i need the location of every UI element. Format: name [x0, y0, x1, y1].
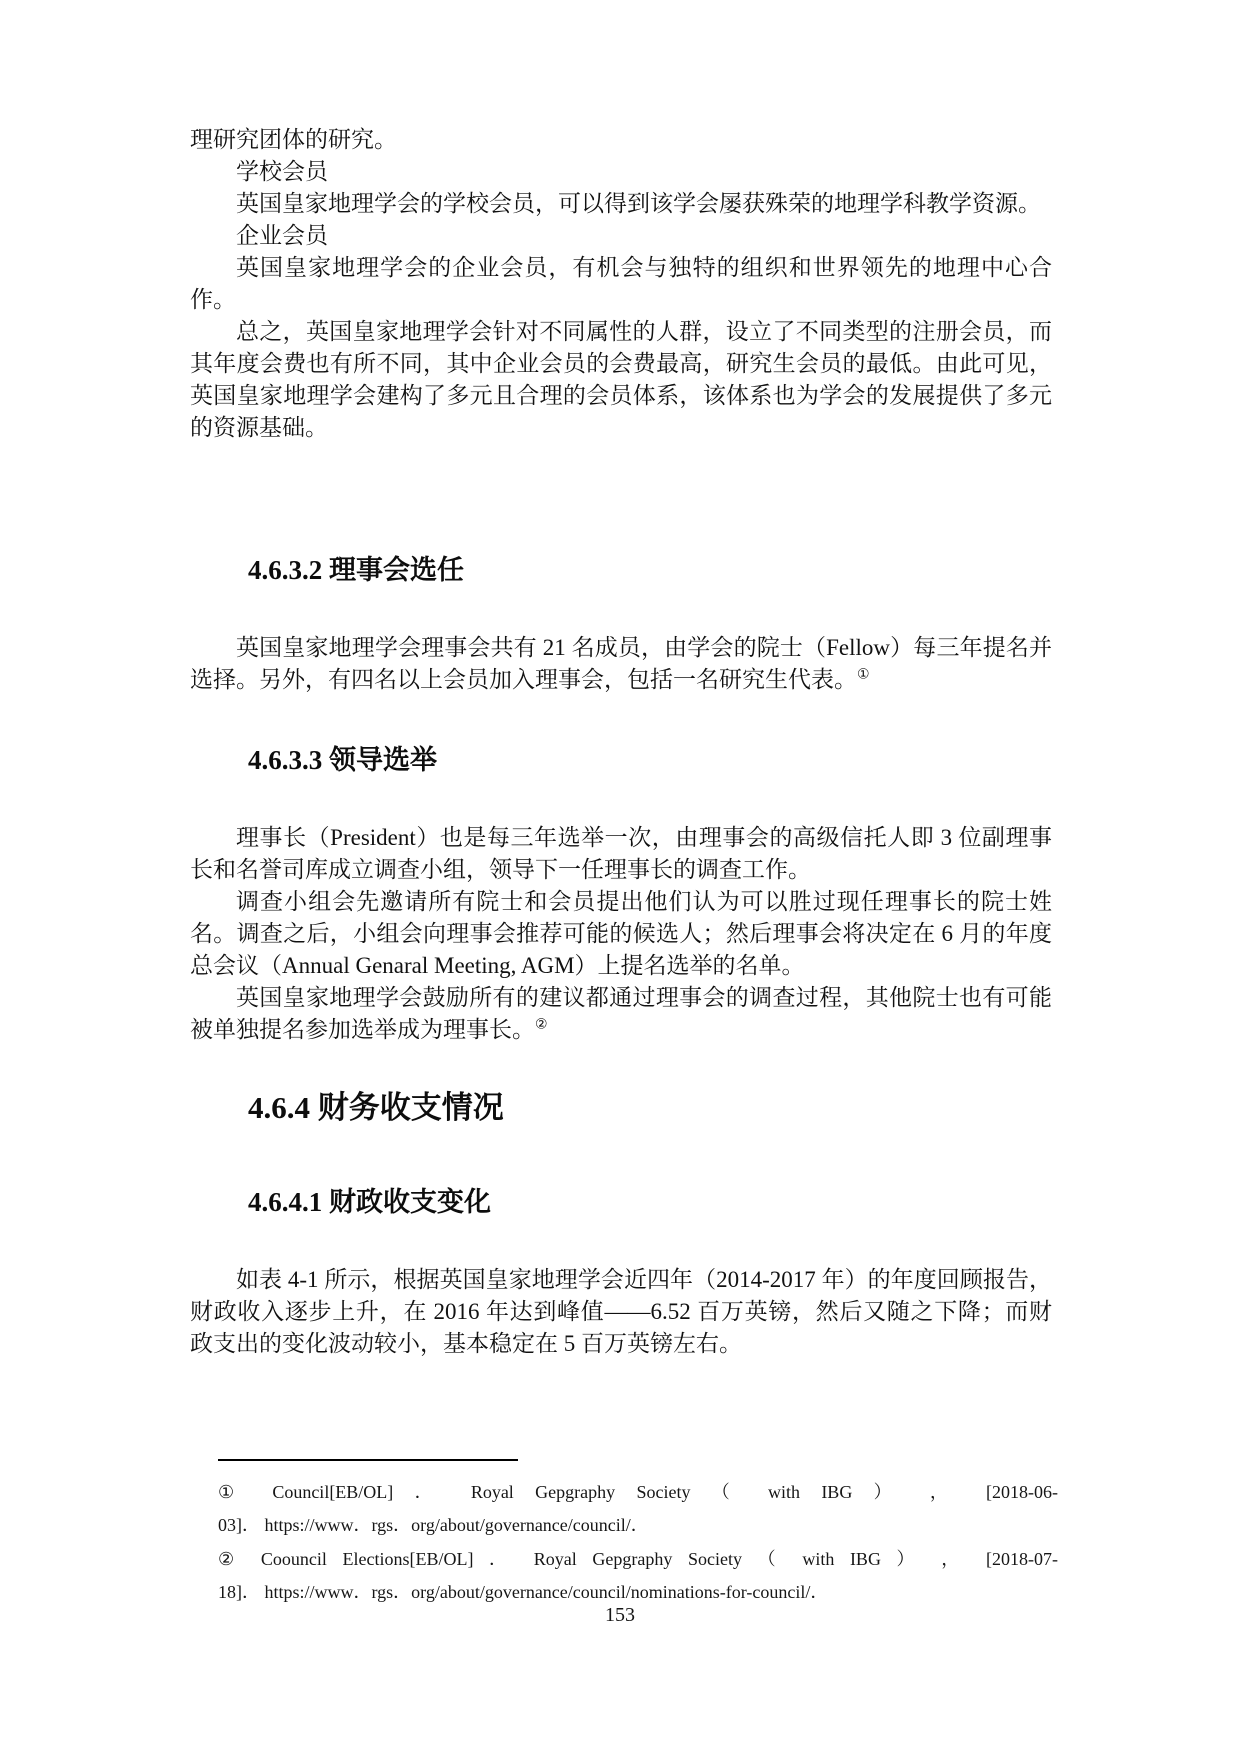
heading-council-selection: 4.6.3.2 理事会选任 — [248, 553, 464, 587]
paragraph: 如表 4-1 所示，根据英国皇家地理学会近四年（2014-2017 年）的年度回… — [190, 1264, 1052, 1360]
paragraph: 理研究团体的研究。 — [190, 124, 1052, 156]
corporate-member-label: 企业会员 — [190, 220, 1052, 252]
paragraph-text: 英国皇家地理学会鼓励所有的建议都通过理事会的调查过程，其他院士也有可能被单独提名… — [190, 985, 1052, 1042]
footnote-2: ② Coouncil Elections[EB/OL] ． Royal Gepg… — [218, 1543, 1058, 1609]
paragraph: 总之，英国皇家地理学会针对不同属性的人群，设立了不同类型的注册会员，而其年度会费… — [190, 316, 1052, 444]
footnotes: ① Council[EB/OL] ． Royal Gepgraphy Socie… — [218, 1476, 1058, 1610]
paragraph-text: 英国皇家地理学会理事会共有 21 名成员，由学会的院士（Fellow）每三年提名… — [190, 635, 1052, 692]
paragraph: 英国皇家地理学会鼓励所有的建议都通过理事会的调查过程，其他院士也有可能被单独提名… — [190, 982, 1052, 1046]
footnote-line: ② Coouncil Elections[EB/OL] ． Royal Gepg… — [218, 1543, 1058, 1576]
document-page: 理研究团体的研究。 学校会员 英国皇家地理学会的学校会员，可以得到该学会屡获殊荣… — [0, 0, 1240, 1753]
footnote-line: ① Council[EB/OL] ． Royal Gepgraphy Socie… — [218, 1476, 1058, 1509]
footnote-line: 03]． https://www．rgs．org/about/governanc… — [218, 1509, 1058, 1542]
section-finance: 如表 4-1 所示，根据英国皇家地理学会近四年（2014-2017 年）的年度回… — [190, 1264, 1052, 1360]
paragraph: 英国皇家地理学会的学校会员，可以得到该学会屡获殊荣的地理学科教学资源。 — [190, 188, 1052, 220]
section-council-selection: 英国皇家地理学会理事会共有 21 名成员，由学会的院士（Fellow）每三年提名… — [190, 632, 1052, 696]
section-membership: 理研究团体的研究。 学校会员 英国皇家地理学会的学校会员，可以得到该学会屡获殊荣… — [190, 124, 1052, 444]
section-leader-election: 理事长（President）也是每三年选举一次，由理事会的高级信托人即 3 位副… — [190, 822, 1052, 1046]
page-number: 153 — [0, 1604, 1240, 1627]
heading-finance-change: 4.6.4.1 财政收支变化 — [248, 1185, 491, 1219]
school-member-label: 学校会员 — [190, 156, 1052, 188]
footnote-separator — [218, 1459, 518, 1461]
heading-finance: 4.6.4 财务收支情况 — [248, 1089, 504, 1127]
footnote-ref-2: ② — [535, 1017, 548, 1032]
paragraph: 理事长（President）也是每三年选举一次，由理事会的高级信托人即 3 位副… — [190, 822, 1052, 886]
paragraph: 英国皇家地理学会的企业会员，有机会与独特的组织和世界领先的地理中心合作。 — [190, 252, 1052, 316]
footnote-1: ① Council[EB/OL] ． Royal Gepgraphy Socie… — [218, 1476, 1058, 1542]
footnote-ref-1: ① — [857, 667, 870, 682]
paragraph: 英国皇家地理学会理事会共有 21 名成员，由学会的院士（Fellow）每三年提名… — [190, 632, 1052, 696]
paragraph: 调查小组会先邀请所有院士和会员提出他们认为可以胜过现任理事长的院士姓名。调查之后… — [190, 886, 1052, 982]
heading-leader-election: 4.6.3.3 领导选举 — [248, 743, 437, 777]
